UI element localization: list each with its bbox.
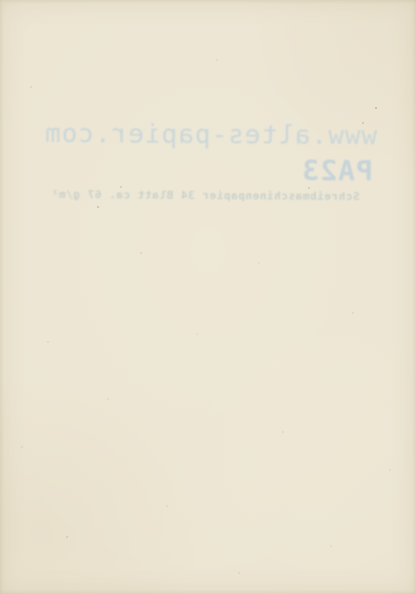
ghost-print-mirrored: www.altes-papier.com PA23 Schreibmaschin…: [0, 0, 416, 594]
ghost-product-code-text: PA23: [301, 154, 373, 187]
ghost-website-text: www.altes-papier.com: [44, 119, 377, 151]
aged-paper-sheet: www.altes-papier.com PA23 Schreibmaschin…: [0, 0, 416, 594]
scanned-photo: www.altes-papier.com PA23 Schreibmaschin…: [0, 0, 416, 594]
ghost-description-text: Schreibmaschinenpapier 34 Blatt ca. 67 g…: [51, 188, 360, 203]
